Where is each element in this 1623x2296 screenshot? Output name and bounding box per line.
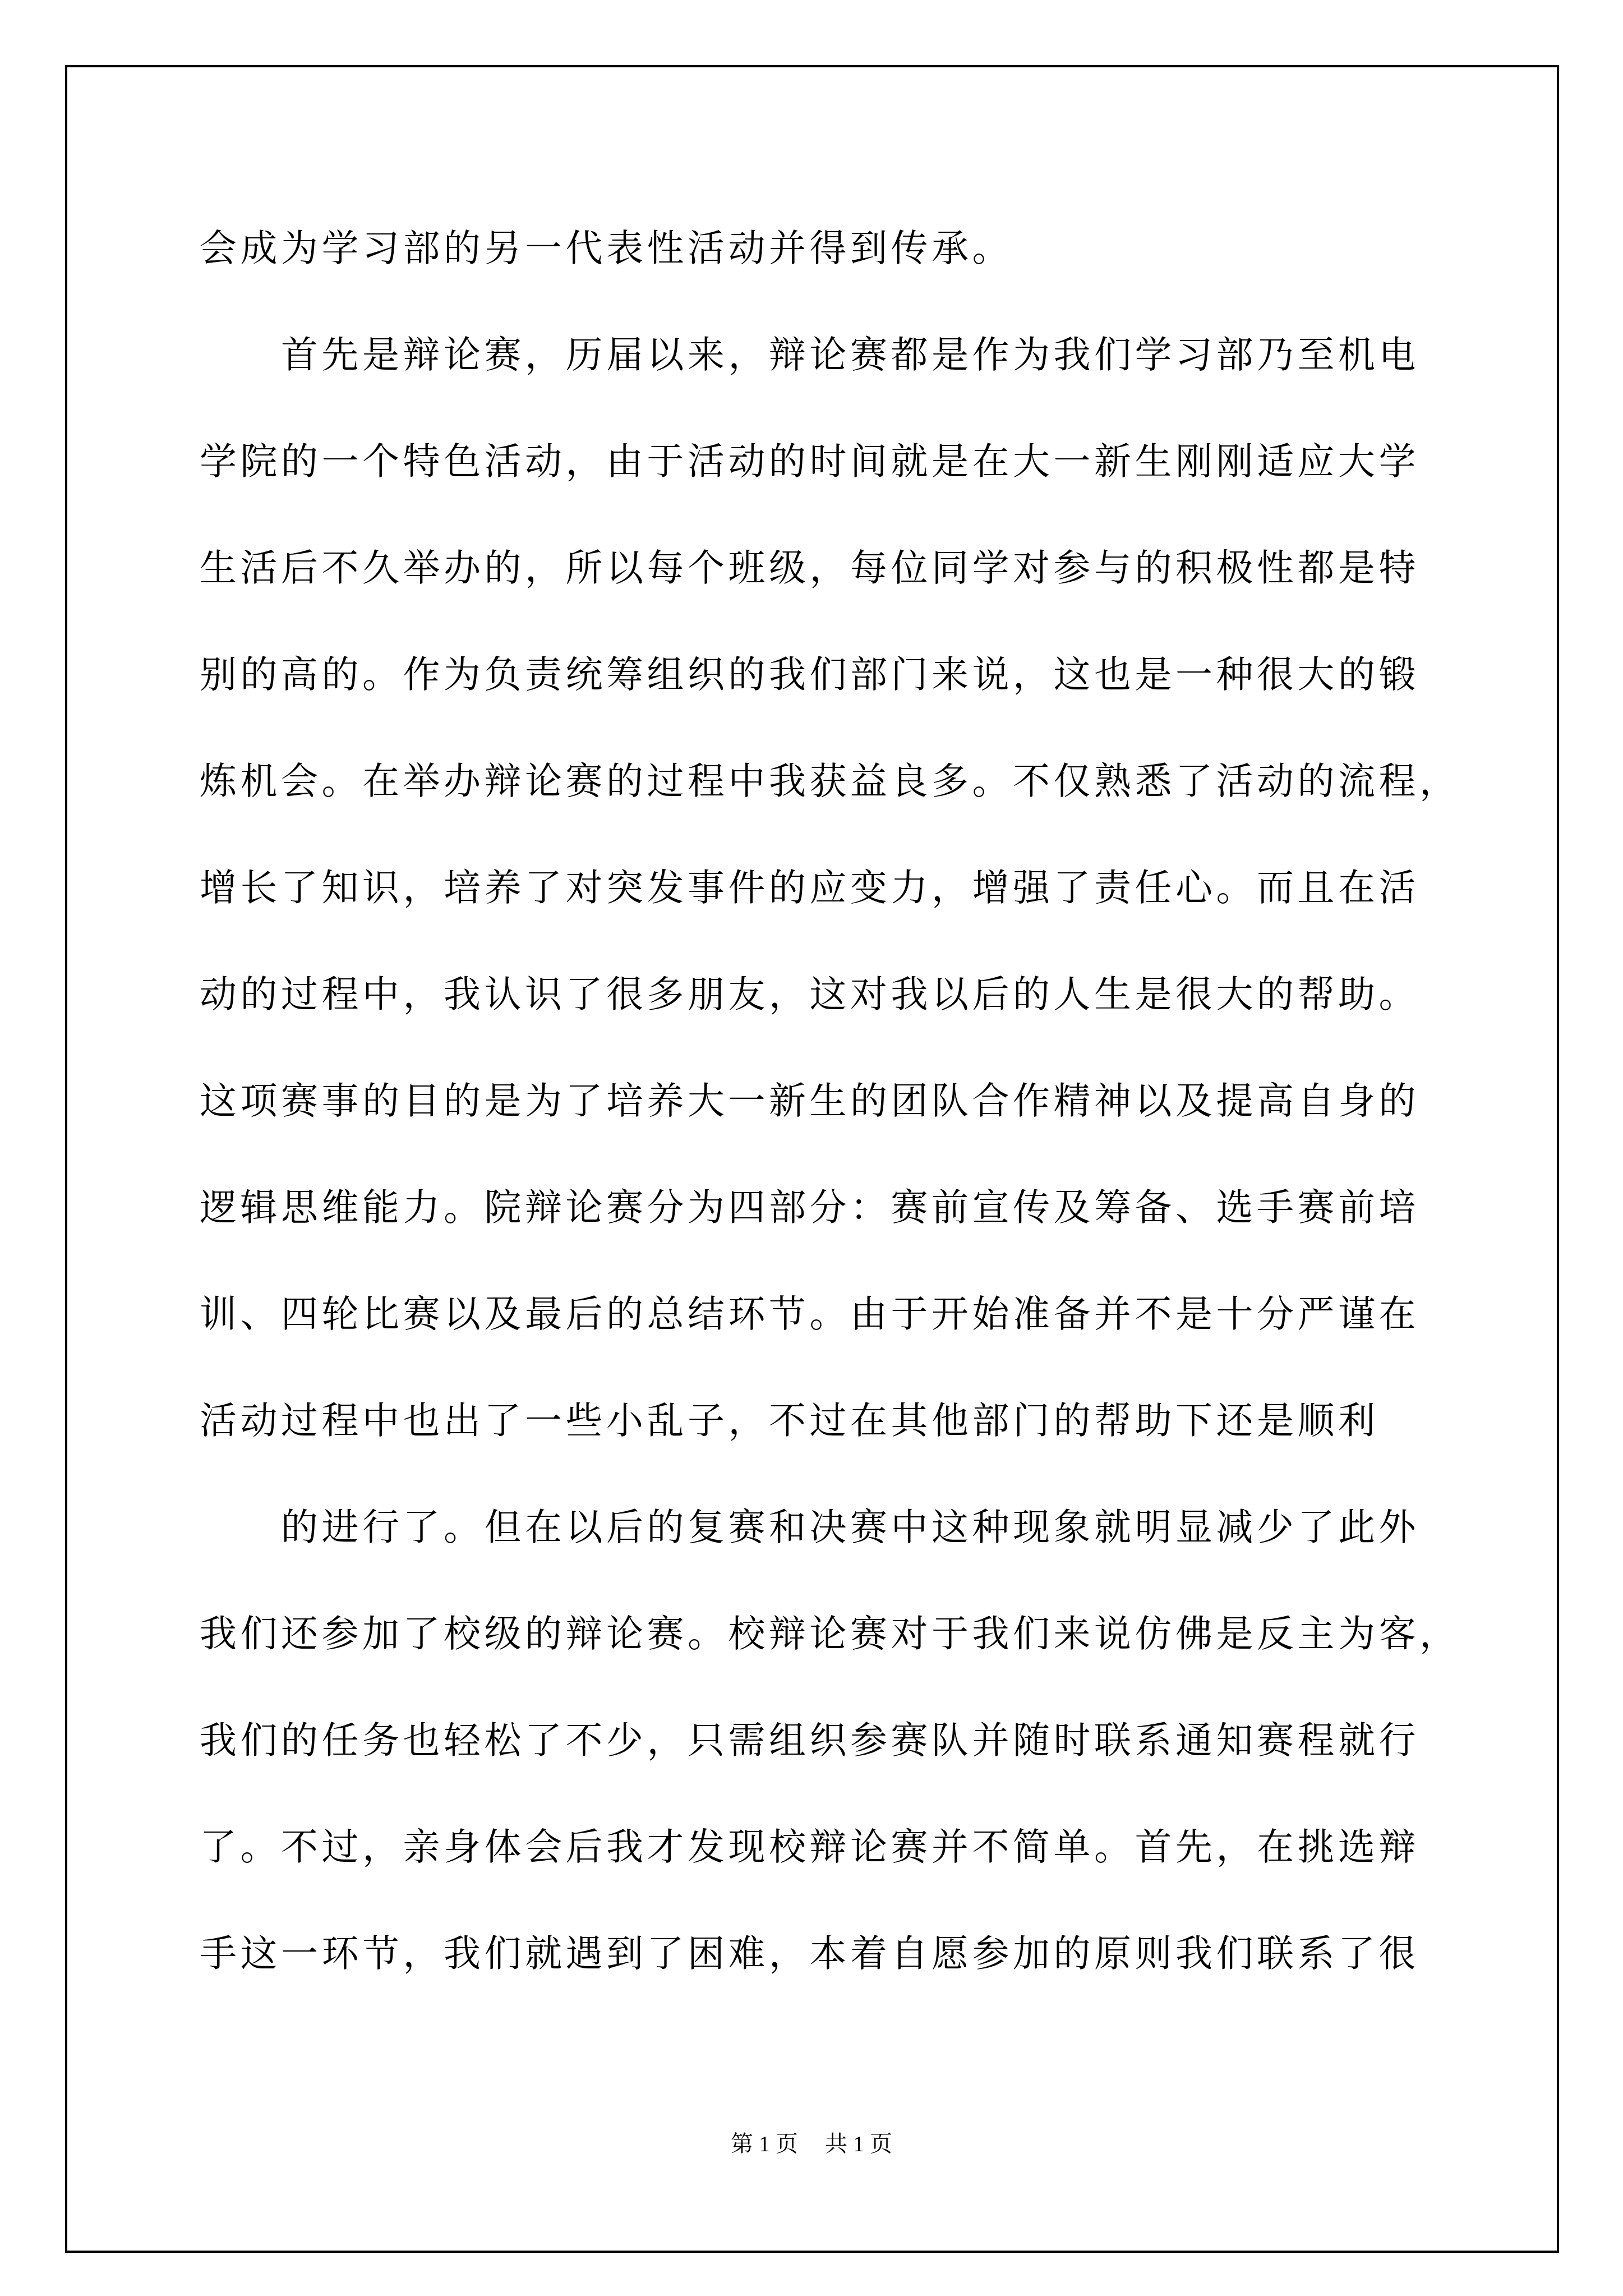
text-line-9: 这项赛事的目的是为了培养大一新生的团队合作精神以及提高自身的 <box>200 1048 1456 1154</box>
text-line-7: 增长了知识，培养了对突发事件的应变力，增强了责任心。而且在活 <box>200 835 1456 941</box>
text-line-2: 首先是辩论赛，历届以来，辩论赛都是作为我们学习部乃至机电 <box>200 302 1456 408</box>
text-line-12: 活动过程中也出了一些小乱子，不过在其他部门的帮助下还是顺利 <box>200 1368 1456 1474</box>
text-line-14: 我们还参加了校级的辩论赛。校辩论赛对于我们来说仿佛是反主为客， <box>200 1581 1456 1687</box>
text-line-4: 生活后不久举办的，所以每个班级，每位同学对参与的积极性都是特 <box>200 515 1456 622</box>
text-line-6: 炼机会。在举办辩论赛的过程中我获益良多。不仅熟悉了活动的流程， <box>200 728 1456 835</box>
text-line-5: 别的高的。作为负责统筹组织的我们部门来说，这也是一种很大的锻 <box>200 622 1456 728</box>
text-line-17: 手这一环节，我们就遇到了困难，本着自愿参加的原则我们联系了很 <box>200 1901 1456 2007</box>
document-body: 会成为学习部的另一代表性活动并得到传承。 首先是辩论赛，历届以来，辩论赛都是作为… <box>200 195 1456 2007</box>
page-footer: 第 1 页共 1 页 <box>0 2128 1623 2160</box>
total-pages-label: 共 1 页 <box>825 2128 892 2160</box>
text-line-10: 逻辑思维能力。院辩论赛分为四部分：赛前宣传及筹备、选手赛前培 <box>200 1154 1456 1261</box>
text-line-1: 会成为学习部的另一代表性活动并得到传承。 <box>200 195 1456 302</box>
text-line-13: 的进行了。但在以后的复赛和决赛中这种现象就明显减少了此外 <box>200 1474 1456 1581</box>
text-line-15: 我们的任务也轻松了不少，只需组织参赛队并随时联系通知赛程就行 <box>200 1687 1456 1794</box>
text-line-8: 动的过程中，我认识了很多朋友，这对我以后的人生是很大的帮助。 <box>200 941 1456 1048</box>
text-line-3: 学院的一个特色活动，由于活动的时间就是在大一新生刚刚适应大学 <box>200 408 1456 515</box>
text-line-16: 了。不过，亲身体会后我才发现校辩论赛并不简单。首先，在挑选辩 <box>200 1794 1456 1901</box>
text-line-11: 训、四轮比赛以及最后的总结环节。由于开始准备并不是十分严谨在 <box>200 1261 1456 1368</box>
current-page-label: 第 1 页 <box>731 2128 798 2160</box>
